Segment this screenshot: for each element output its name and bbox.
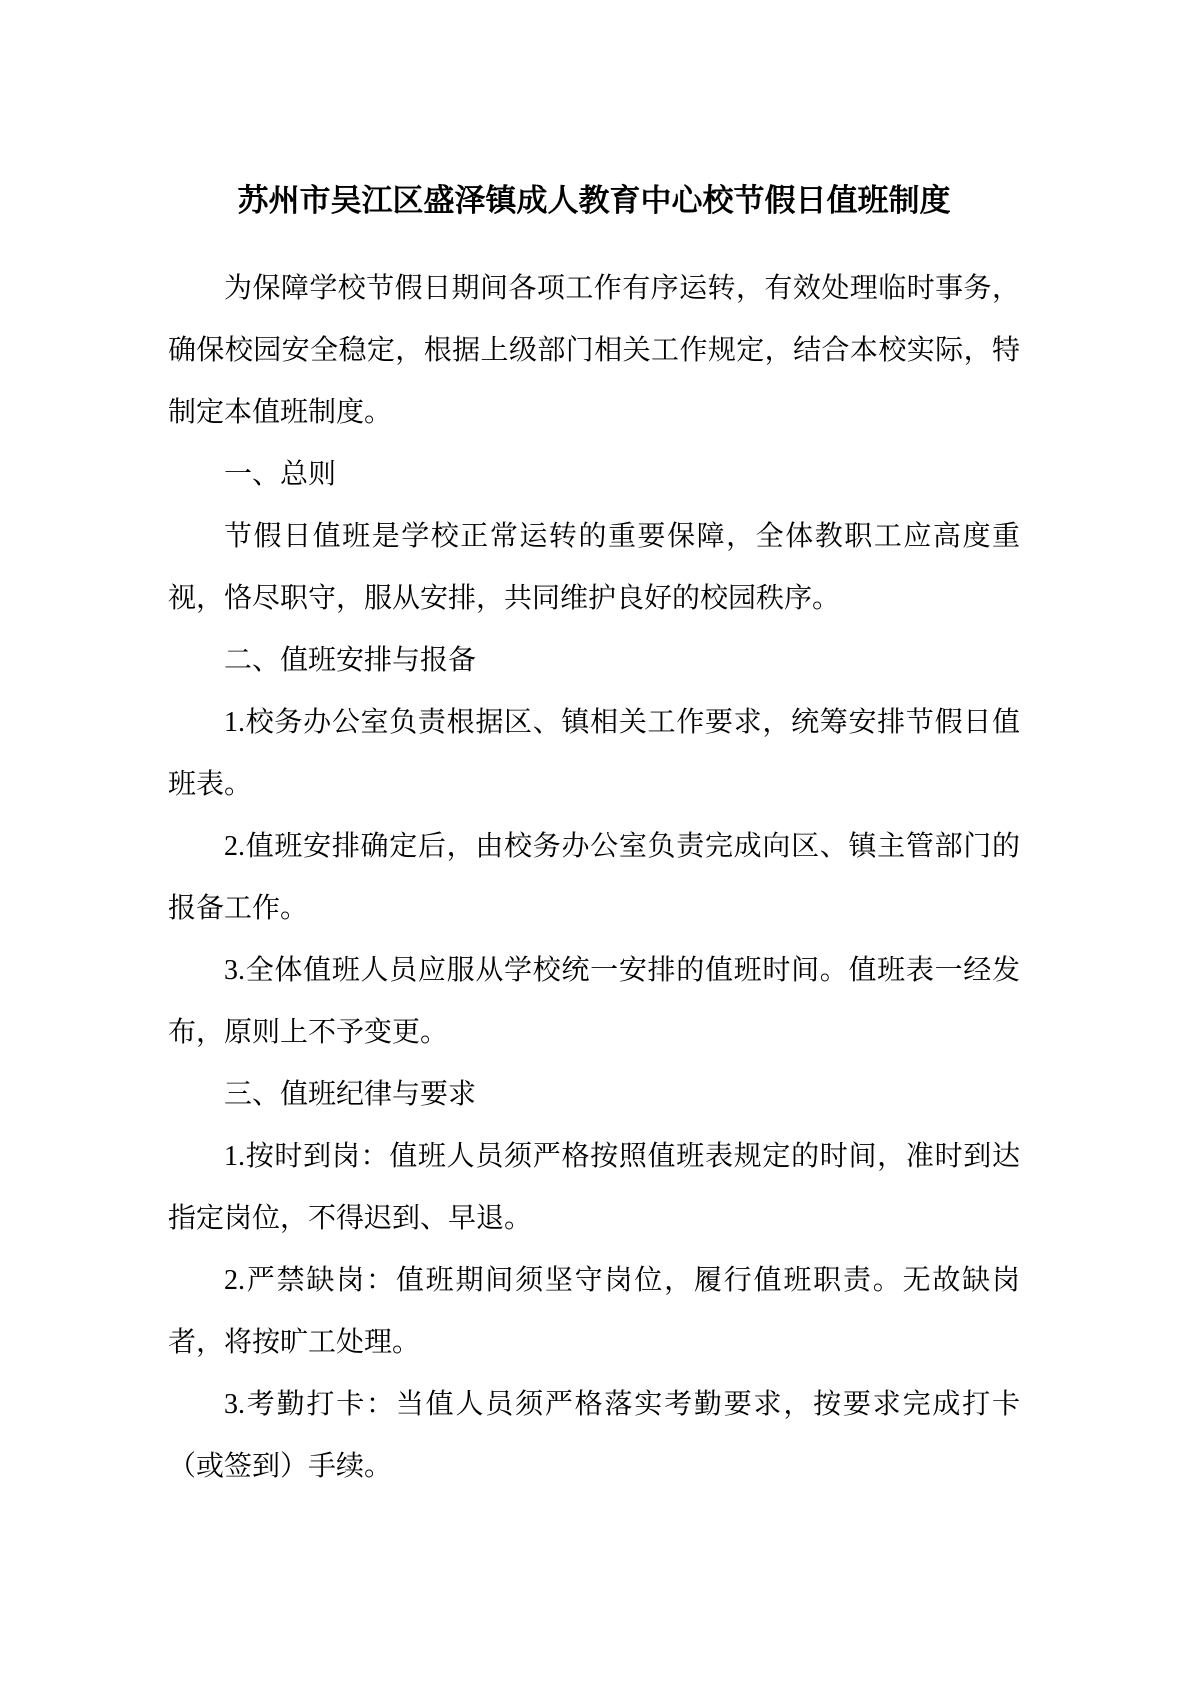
section-3-item-3: 3.考勤打卡：当值人员须严格落实考勤要求，按要求完成打卡（或签到）手续。 <box>168 1374 1020 1498</box>
section-3-item-1: 1.按时到岗：值班人员须严格按照值班表规定的时间，准时到达指定岗位，不得迟到、早… <box>168 1126 1020 1250</box>
section-2-item-1: 1.校务办公室负责根据区、镇相关工作要求，统筹安排节假日值班表。 <box>168 692 1020 816</box>
document-content: 苏州市吴江区盛泽镇成人教育中心校节假日值班制度 为保障学校节假日期间各项工作有序… <box>168 170 1020 1498</box>
section-1-heading: 一、总则 <box>168 444 1020 506</box>
section-2-item-2: 2.值班安排确定后，由校务办公室负责完成向区、镇主管部门的报备工作。 <box>168 816 1020 940</box>
section-2-heading: 二、值班安排与报备 <box>168 630 1020 692</box>
section-3-item-2: 2.严禁缺岗：值班期间须坚守岗位，履行值班职责。无故缺岗者，将按旷工处理。 <box>168 1250 1020 1374</box>
intro-paragraph: 为保障学校节假日期间各项工作有序运转，有效处理临时事务，确保校园安全稳定，根据上… <box>168 258 1020 444</box>
section-3-heading: 三、值班纪律与要求 <box>168 1064 1020 1126</box>
document-page: 苏州市吴江区盛泽镇成人教育中心校节假日值班制度 为保障学校节假日期间各项工作有序… <box>0 0 1191 1684</box>
document-title: 苏州市吴江区盛泽镇成人教育中心校节假日值班制度 <box>168 170 1020 232</box>
section-2-item-3: 3.全体值班人员应服从学校统一安排的值班时间。值班表一经发布，原则上不予变更。 <box>168 940 1020 1064</box>
section-1-paragraph: 节假日值班是学校正常运转的重要保障，全体教职工应高度重视，恪尽职守，服从安排，共… <box>168 506 1020 630</box>
